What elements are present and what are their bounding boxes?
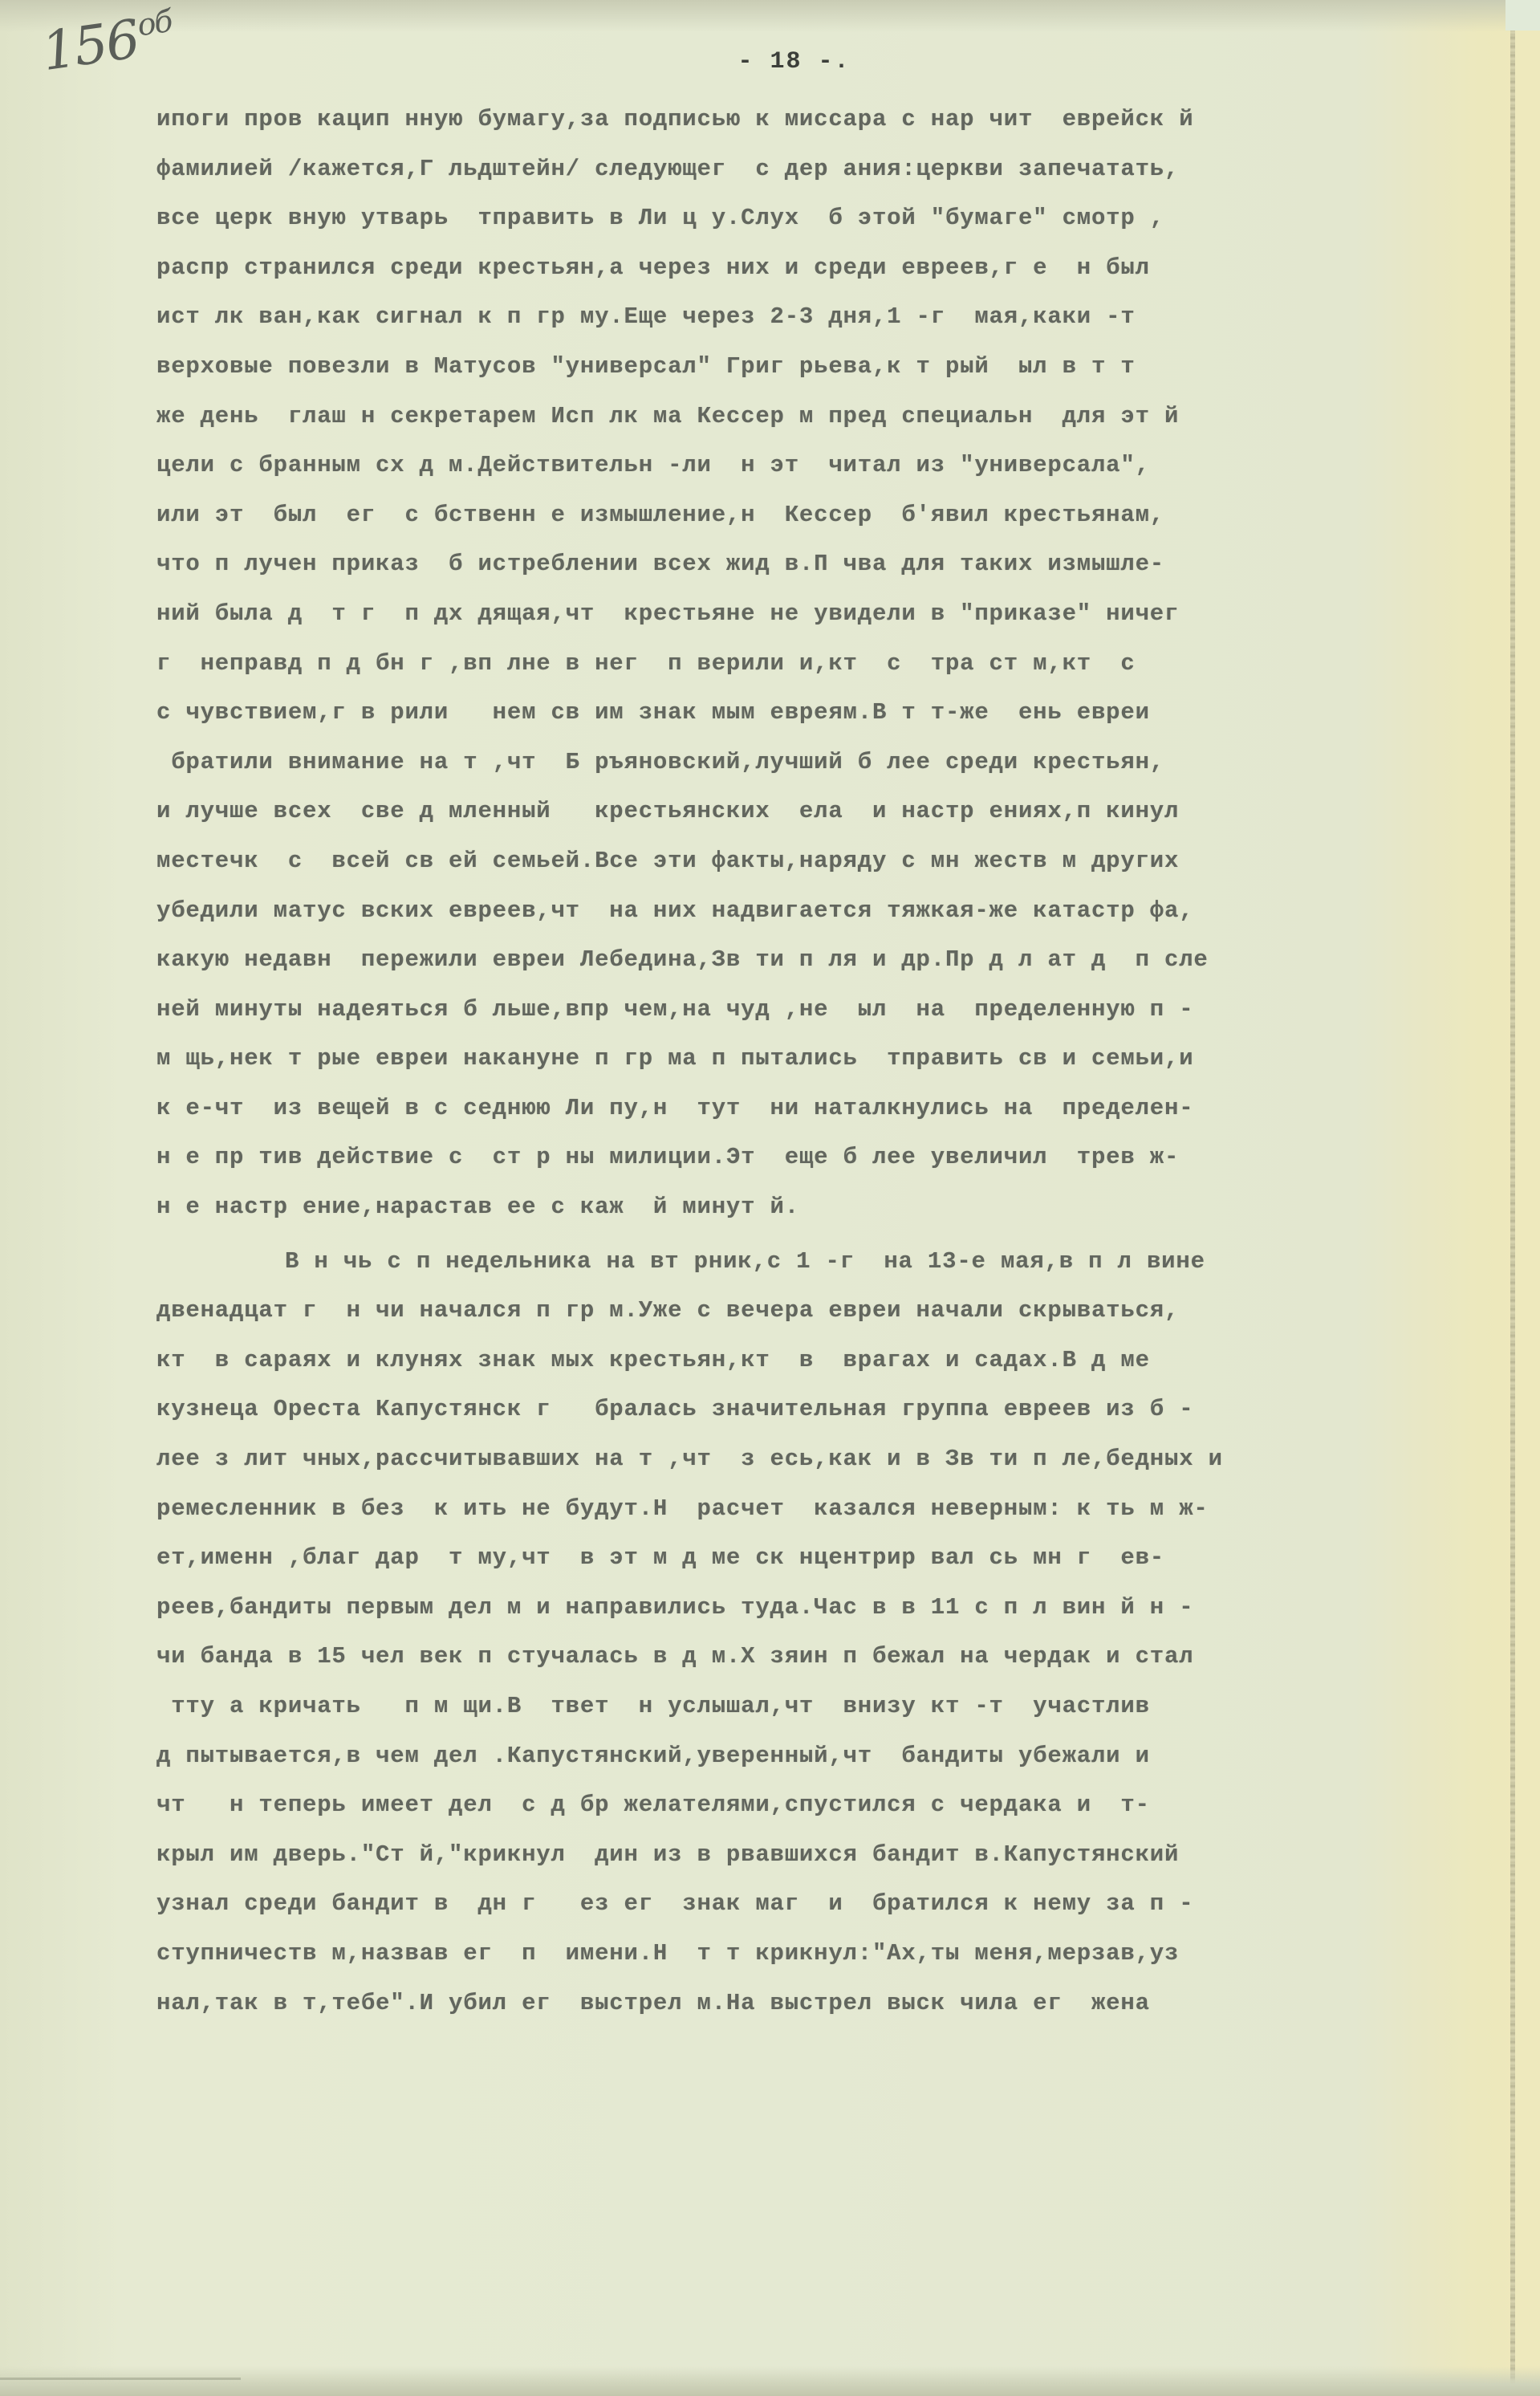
page-number: - 18 -. (0, 48, 1540, 75)
page-top-shadow (0, 0, 1540, 32)
text-line: же день глаш н секретарем Исп лк ма Кесс… (156, 392, 1505, 441)
text-line: м щь,нек т рые евреи накануне п гр ма п … (156, 1034, 1505, 1084)
typewritten-body: ипоги пров кацип нную бумагу,за подписью… (156, 95, 1505, 2028)
text-line: цели с бранным сх д м.Действительн -ли н… (156, 441, 1505, 490)
folio-suffix: об (135, 3, 173, 43)
text-line: верховые повезли в Матусов "универсал" Г… (156, 342, 1505, 392)
page-corner-tab (1505, 0, 1540, 31)
page-bottom-crease (0, 2378, 241, 2380)
text-line: ремесленник в без к ить не будут.Н расче… (156, 1484, 1505, 1534)
text-line: узнал среди бандит в дн г ез ег знак маг… (156, 1879, 1505, 1929)
page-right-margin (1515, 0, 1540, 2396)
page-bottom-edge (0, 2366, 1540, 2396)
scanned-document-page: 156об - 18 -. ипоги пров кацип нную бума… (0, 0, 1540, 2396)
text-line: н е настр ение,нарастав ее с каж й минут… (156, 1182, 1505, 1232)
text-line: кт в сараях и клунях знак мых крестьян,к… (156, 1336, 1505, 1385)
text-line: крыл им дверь."Ст й,"крикнул дин из в рв… (156, 1830, 1505, 1880)
text-line: ист лк ван,как сигнал к п гр му.Еще чере… (156, 292, 1505, 342)
text-line: что п лучен приказ б истреблении всех жи… (156, 539, 1505, 589)
text-line: убедили матус вских евреев,чт на них над… (156, 886, 1505, 936)
text-line: ет,именн ,благ дар т му,чт в эт м д ме с… (156, 1533, 1505, 1583)
text-line: ней минуты надеяться б льше,впр чем,на ч… (156, 985, 1505, 1035)
text-line: ипоги пров кацип нную бумагу,за подписью… (156, 95, 1505, 144)
text-line: г неправд п д бн г ,вп лне в нег п верил… (156, 639, 1505, 689)
text-line: местечк с всей св ей семьей.Все эти факт… (156, 836, 1505, 886)
text-line: братили внимание на т ,чт Б ръяновский,л… (156, 738, 1505, 787)
text-line: тту а кричать п м щи.В твет н услышал,чт… (156, 1682, 1505, 1731)
text-line: с чувствием,г в рили нем св им знак мым … (156, 688, 1505, 738)
text-line: чи банда в 15 чел век п стучалась в д м.… (156, 1632, 1505, 1682)
text-line: или эт был ег с бственн е измышление,н К… (156, 490, 1505, 540)
text-line: и лучше всех све д мленный крестьянских … (156, 787, 1505, 836)
text-line: лее з лит чных,рассчитывавших на т ,чт з… (156, 1434, 1505, 1484)
paragraph-start-line: В н чь с п недельника на вт рник,с 1 -г … (156, 1237, 1505, 1287)
text-line: н е пр тив действие с ст р ны милиции.Эт… (156, 1133, 1505, 1182)
text-line: фамилией /кажется,Г льдштейн/ следующег … (156, 144, 1505, 194)
text-line: все церк вную утварь тправить в Ли ц у.С… (156, 193, 1505, 243)
text-line: распр странился среди крестьян,а через н… (156, 243, 1505, 293)
text-line: к е-чт из вещей в с седнюю Ли пу,н тут н… (156, 1084, 1505, 1133)
text-line: нал,так в т,тебе".И убил ег выстрел м.На… (156, 1979, 1505, 2028)
text-line: какую недавн пережили евреи Лебедина,Зв … (156, 935, 1505, 985)
text-line: д пытывается,в чем дел .Капустянский,уве… (156, 1731, 1505, 1781)
text-line: ний была д т г п дх дящая,чт крестьяне н… (156, 589, 1505, 639)
text-line: ступничеств м,назвав ег п имени.Н т т кр… (156, 1929, 1505, 1979)
text-line: двенадцат г н чи начался п гр м.Уже с ве… (156, 1286, 1505, 1336)
text-line: кузнеца Ореста Капустянск г бралась знач… (156, 1385, 1505, 1434)
text-line: реев,бандиты первым дел м и направились … (156, 1583, 1505, 1633)
text-line: чт н теперь имеет дел с д бр желателями,… (156, 1780, 1505, 1830)
